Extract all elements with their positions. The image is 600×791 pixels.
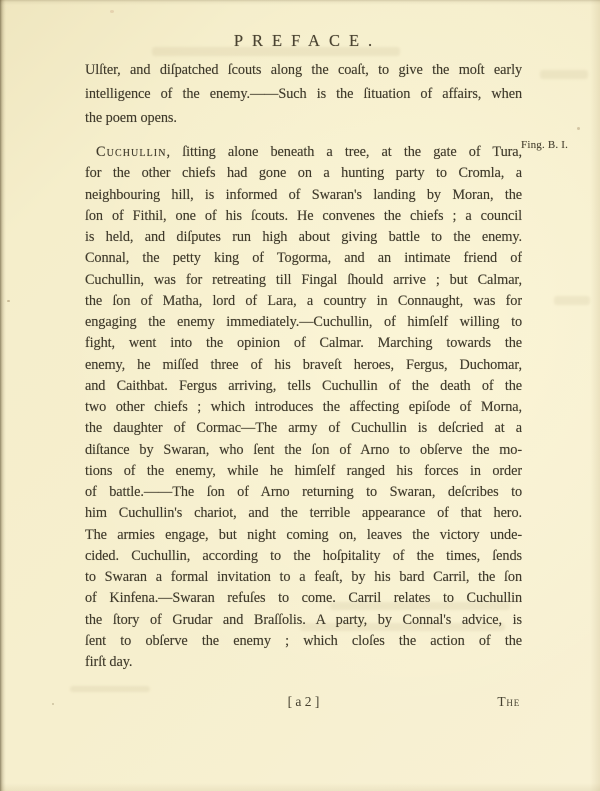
show-through-ghost [554,296,590,305]
signature-mark: [ a 2 ] [85,694,522,710]
text-line: the ſon of Matha, lord of Lara, a countr… [85,291,522,312]
text-line: Connal, the petty king of Togorma, and a… [85,248,522,269]
lead-word-smallcaps: Cuchullin [96,144,167,160]
text-line: firſt day. [85,652,522,673]
text-line: neighbouring hill, is informed of Swaran… [85,185,522,206]
text-line: Cuchullin, ſitting alone beneath a tree,… [85,142,522,163]
paper-speck [110,10,114,13]
text-line: Cuchullin, was for retreating till Finga… [85,270,522,291]
text-line: for the other chiefs had gone on a hunti… [85,163,522,184]
text-line: diſtance by Swaran, who ſent the ſon of … [85,440,522,461]
text-line: Ulſter, and diſpatched ſcouts along the … [85,59,522,83]
text-line: him Cuchullin's chariot, and the terribl… [85,503,522,524]
text-line: the daughter of Cormac—The army of Cuchu… [85,418,522,439]
text-line: the ſtory of Grudar and Braſſolis. A par… [85,610,522,631]
page-top-edge-shadow [0,0,600,5]
page-bottom-edge-shadow [0,783,600,791]
preface-paragraph-1: Ulſter, and diſpatched ſcouts along the … [85,59,522,130]
preface-paragraph-2: Cuchullin, ſitting alone beneath a tree,… [85,142,522,673]
paper-speck [52,703,54,705]
page-right-edge-shadow [590,0,600,791]
text-line: enemy, he miſſed three of his braveſt he… [85,355,522,376]
page-title: PREFACE. [85,31,521,51]
page-footer: [ a 2 ] The [85,694,522,714]
text-line: is held, and diſputes run high about giv… [85,227,522,248]
text-line: cided. Cuchullin, according to the hoſpi… [85,546,522,567]
show-through-ghost [70,686,150,692]
text-line: intelligence of the enemy.——Such is the … [85,83,522,107]
book-page-scan: PREFACE. Ulſter, and diſpatched ſcouts a… [0,0,600,791]
text-line: ſon of Fithil, one of his ſcouts. He con… [85,206,522,227]
text-line: the poem opens. [85,107,522,131]
text-line: ſent to obſerve the enemy ; which cloſes… [85,631,522,652]
show-through-ghost [540,70,588,79]
margin-note: Fing. B. I. [521,139,596,151]
text-line: fight, went into the opinion of Calmar. … [85,333,522,354]
text-line-rest: , ſitting alone beneath a tree, at the g… [167,144,522,160]
text-line: of Kinfena.—Swaran refuſes to come. Carr… [85,588,522,609]
text-line: and Caithbat. Fergus arriving, tells Cuc… [85,376,522,397]
text-line: two other chiefs ; which introduces the … [85,397,522,418]
text-line: of battle.——The ſon of Arno returning to… [85,482,522,503]
paper-speck [577,127,580,130]
text-line: The armies engage, but night coming on, … [85,525,522,546]
page-left-edge-shadow [0,0,6,791]
text-line: engaging the enemy immediately.—Cuchulli… [85,312,522,333]
catchword: The [497,694,520,710]
paper-speck [7,300,10,302]
text-line: tions of the enemy, while he himſelf ran… [85,461,522,482]
text-line: to Swaran a formal invitation to a feaſt… [85,567,522,588]
